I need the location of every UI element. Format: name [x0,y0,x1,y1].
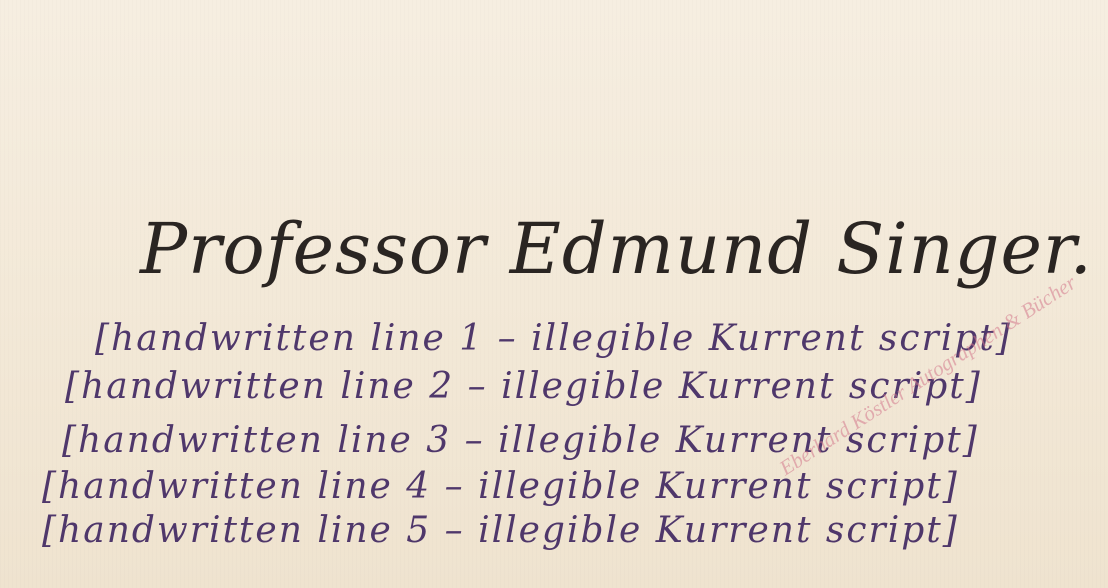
handwritten-line-4: [handwritten line 4 – illegible Kurrent … [42,466,959,507]
handwritten-line-5: [handwritten line 5 – illegible Kurrent … [42,510,959,551]
handwritten-line-1: [handwritten line 1 – illegible Kurrent … [95,318,1012,359]
handwritten-line-2: [handwritten line 2 – illegible Kurrent … [65,366,982,407]
printed-name: Professor Edmund Singer. [140,208,1093,290]
visiting-card: Professor Edmund Singer. [handwritten li… [0,0,1108,588]
